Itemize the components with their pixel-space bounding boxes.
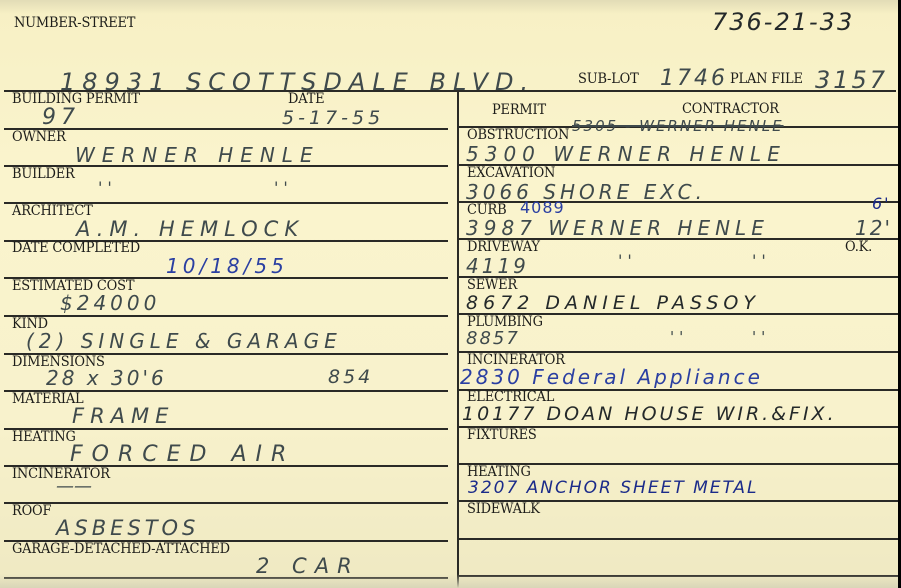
excavation-value: 3066 SHORE EXC. xyxy=(466,182,706,202)
driveway-ok: O.K. xyxy=(845,241,872,256)
plan-file-label: PLAN FILE xyxy=(730,73,803,88)
sub-lot-label: SUB-LOT xyxy=(578,73,639,88)
date-completed-value: 10/18/55 xyxy=(166,256,288,276)
builder-ditto-2: '' xyxy=(274,180,293,196)
plumbing-value: 8857 xyxy=(466,330,520,348)
sub-lot-value: 1746 xyxy=(660,68,728,90)
date-label: DATE xyxy=(288,93,324,108)
incinerator-right-value: 2830 Federal Appliance xyxy=(460,367,763,387)
curb-note-top: 6' xyxy=(872,196,891,212)
owner-label: OWNER xyxy=(12,131,66,146)
plumbing-ditto-2: '' xyxy=(752,330,770,345)
rule xyxy=(458,575,898,577)
rule xyxy=(4,502,448,504)
rule xyxy=(4,577,448,579)
reference-number: 736-21-33 xyxy=(712,10,854,34)
curb-number: 4089 xyxy=(520,200,565,216)
curb-note-bottom: 12' xyxy=(855,218,892,238)
builder-label: BUILDER xyxy=(12,168,75,183)
electrical-value: 10177 DOAN HOUSE WIR.&FIX. xyxy=(462,405,837,424)
incinerator-value: —— xyxy=(56,478,92,496)
architect-value: A.M. HEMLOCK xyxy=(76,219,304,240)
heating-value: FORCED AIR xyxy=(70,444,295,466)
garage-value: 2 CAR xyxy=(256,556,360,577)
roof-value: ASBESTOS xyxy=(56,518,199,539)
roof-label: ROOF xyxy=(12,505,51,520)
driveway-ditto-2: '' xyxy=(752,253,771,269)
curb-value: 3987 WERNER HENLE xyxy=(466,218,769,238)
plan-file-value: 3157 xyxy=(815,68,888,92)
dimensions-extra: 854 xyxy=(328,368,373,387)
owner-value: WERNER HENLE xyxy=(75,145,320,165)
obstruction-struck-value: 5305 - WERNER HENLE xyxy=(572,119,784,134)
sewer-value: 8672 DANIEL PASSOY xyxy=(466,294,760,313)
material-value: FRAME xyxy=(72,406,174,427)
heating-label: HEATING xyxy=(12,431,76,446)
heating-right-value: 3207 ANCHOR SHEET METAL xyxy=(468,480,758,497)
date-completed-label: DATE COMPLETED xyxy=(12,242,140,257)
sidewalk-label: SIDEWALK xyxy=(467,503,540,518)
kind-value: (2) SINGLE & GARAGE xyxy=(26,331,342,351)
rule xyxy=(458,538,898,540)
fixtures-label: FIXTURES xyxy=(467,429,537,444)
builder-ditto-1: '' xyxy=(98,180,117,196)
building-permit-value: 97 xyxy=(42,107,80,129)
building-permit-card: NUMBER-STREET 736-21-33 18931 SCOTTSDALE… xyxy=(0,0,898,588)
estimated-cost-value: $24000 xyxy=(60,293,160,313)
obstruction-value: 5300 WERNER HENLE xyxy=(466,144,786,164)
permit-header: PERMIT xyxy=(492,104,546,119)
plumbing-ditto-1: '' xyxy=(670,330,688,345)
dimensions-value: 28 x 30'6 xyxy=(46,368,167,388)
driveway-ditto-1: '' xyxy=(618,253,637,269)
garage-label: GARAGE-DETACHED-ATTACHED xyxy=(12,543,230,558)
number-street-label: NUMBER-STREET xyxy=(14,17,135,32)
date-value: 5-17-55 xyxy=(282,109,384,128)
driveway-value: 4119 xyxy=(466,256,529,276)
contractor-header: CONTRACTOR xyxy=(682,103,779,118)
rule xyxy=(4,315,448,317)
